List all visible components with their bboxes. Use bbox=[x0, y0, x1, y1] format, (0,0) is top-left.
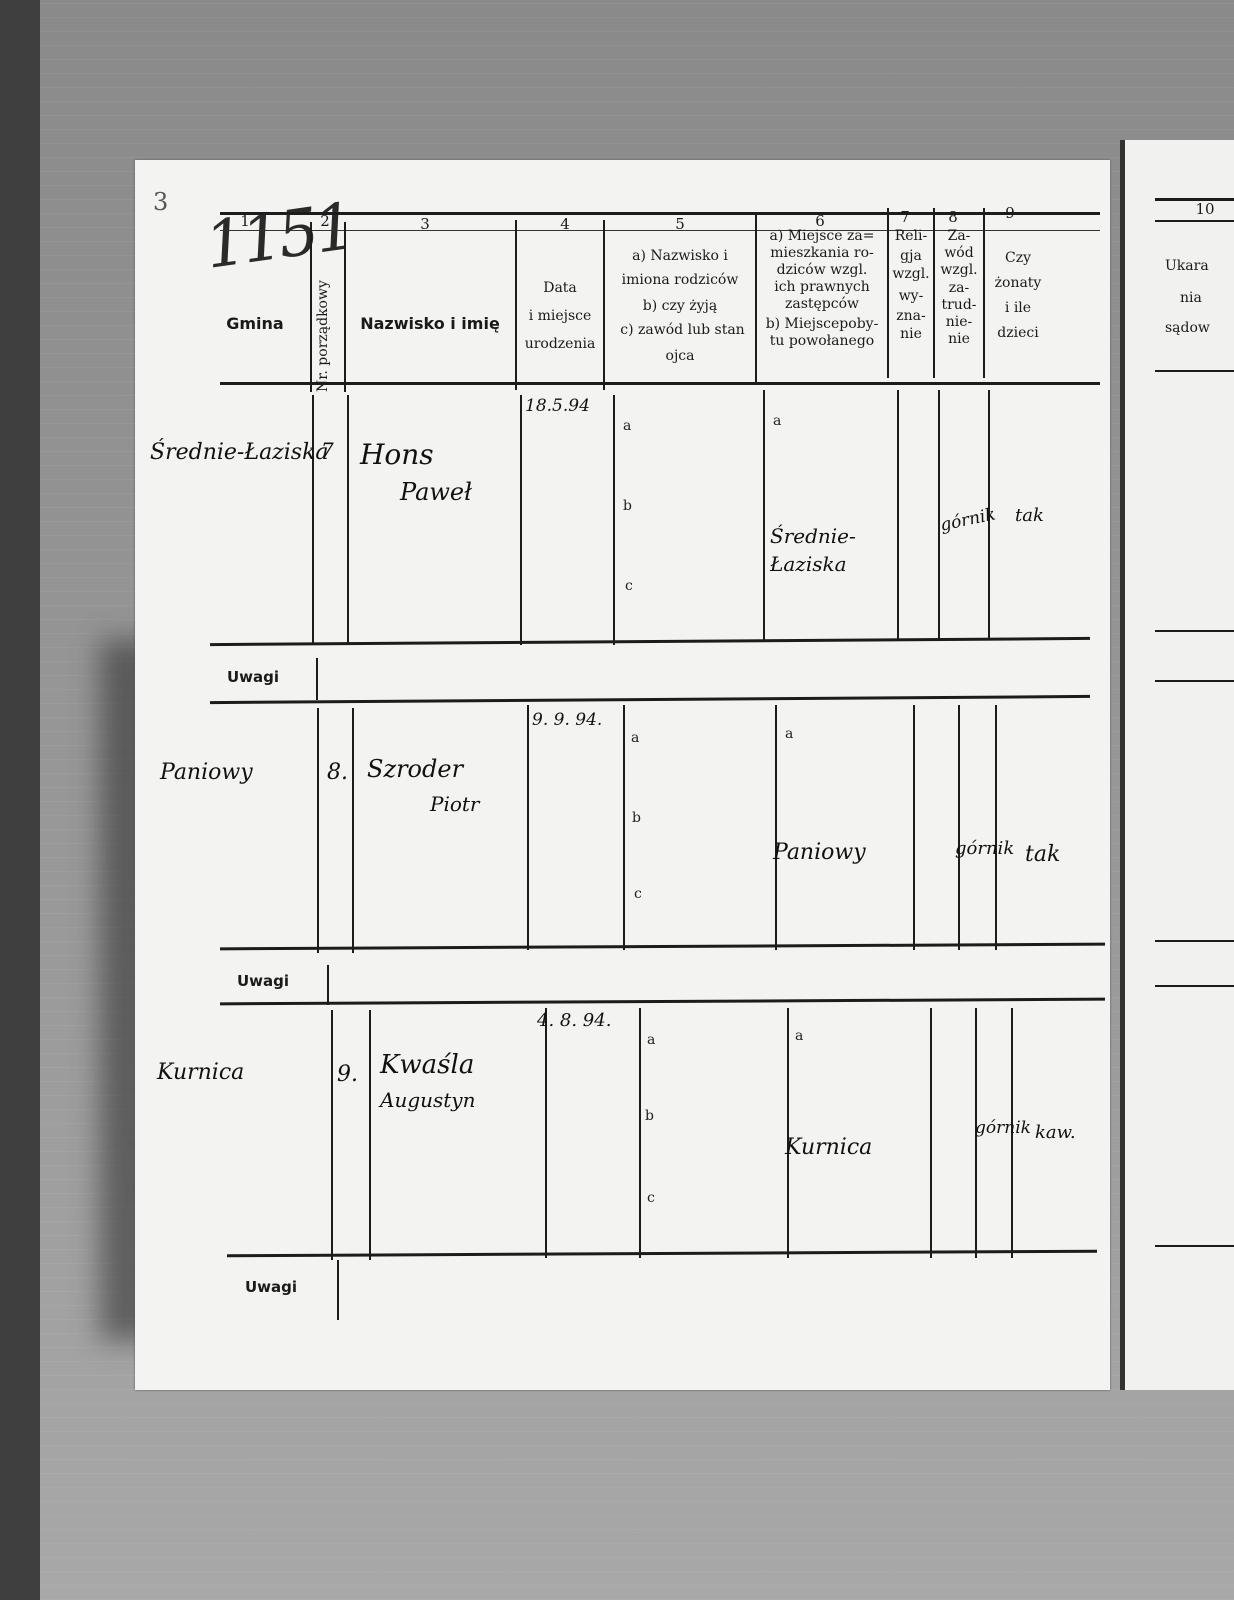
record-3-uwagi-label: Uwagi bbox=[245, 1278, 297, 1296]
record-1-uwagi-label: Uwagi bbox=[227, 668, 279, 686]
column-header-6-line5: zastępców bbox=[757, 296, 887, 313]
column-10-line2: nia bbox=[1180, 290, 1234, 307]
column-header-8-line7: nie bbox=[935, 331, 983, 348]
column-header-9-line3: i ile bbox=[983, 300, 1053, 317]
record-3-gmina: Kurnica bbox=[157, 1060, 244, 1085]
column-number-10: 10 bbox=[1185, 200, 1225, 218]
record-2-occupation: górnik bbox=[955, 838, 1014, 859]
record-stamp-number: 1151 bbox=[201, 190, 357, 284]
record-1-gmina: Średnie-Łaziska bbox=[150, 440, 329, 465]
column-header-8-line1: Za- bbox=[935, 228, 983, 245]
column-number-5: 5 bbox=[660, 215, 700, 233]
record-3-birth-date: 4. 8. 94. bbox=[537, 1010, 611, 1031]
column-header-9-line4: dzieci bbox=[983, 325, 1053, 342]
record-3-given-name: Augustyn bbox=[380, 1088, 476, 1112]
record-2-nr: 8. bbox=[327, 760, 348, 785]
record-1-surname: Hons bbox=[360, 438, 434, 471]
column-number-7: 7 bbox=[895, 208, 915, 226]
column-header-data-line2: i miejsce bbox=[515, 308, 605, 325]
record-3-marker-6a: a bbox=[795, 1028, 803, 1044]
corner-mark: 3 bbox=[153, 188, 168, 216]
record-2-residence: Paniowy bbox=[773, 840, 866, 865]
column-header-7-line5: zna- bbox=[887, 308, 935, 325]
record-1-nr: 7 bbox=[321, 438, 334, 462]
record-3-occupation: górnik bbox=[975, 1118, 1031, 1138]
column-number-9: 9 bbox=[995, 204, 1025, 222]
column-header-5-line2: imiona rodziców bbox=[605, 272, 755, 289]
register-page: 3 1151 1 2 3 4 5 6 7 8 9 Gmina Nr. porzą… bbox=[135, 160, 1110, 1390]
column-header-8-line5: trud- bbox=[935, 297, 983, 314]
column-10-line1: Ukara bbox=[1165, 258, 1234, 275]
record-1-marker-b: b bbox=[623, 498, 632, 514]
record-2-marker-b: b bbox=[632, 810, 641, 826]
record-3-married: kaw. bbox=[1035, 1122, 1076, 1143]
record-2-gmina: Paniowy bbox=[160, 760, 253, 785]
record-2-given-name: Piotr bbox=[430, 792, 480, 816]
column-header-6-line7: tu powołanego bbox=[757, 333, 887, 350]
column-header-nazwisko-imie: Nazwisko i imię bbox=[350, 315, 510, 332]
column-header-6-line1: a) Miejsce za= bbox=[757, 228, 887, 245]
record-1-marker-c: c bbox=[625, 578, 633, 594]
column-header-5-line4: c) zawód lub stan bbox=[605, 322, 760, 339]
column-header-8-line2: wód bbox=[935, 245, 983, 262]
record-2-marker-6a: a bbox=[785, 726, 793, 742]
column-header-5-line5: ojca bbox=[605, 348, 755, 365]
record-1-married: tak bbox=[1015, 505, 1044, 526]
column-header-gmina: Gmina bbox=[210, 315, 300, 332]
record-2-surname: Szroder bbox=[367, 755, 463, 783]
column-header-9-line1: Czy bbox=[983, 250, 1053, 267]
record-2-birth-date: 9. 9. 94. bbox=[532, 710, 602, 730]
record-2-uwagi-label: Uwagi bbox=[237, 972, 289, 990]
column-header-data-line3: urodzenia bbox=[515, 336, 605, 353]
column-header-8-line3: wzgl. bbox=[935, 262, 983, 279]
column-number-4: 4 bbox=[545, 215, 585, 233]
column-header-6-line3: dziców wzgl. bbox=[757, 262, 887, 279]
record-3-nr: 9. bbox=[337, 1062, 358, 1087]
column-header-6-line4: ich prawnych bbox=[757, 279, 887, 296]
record-3-marker-b: b bbox=[645, 1108, 654, 1124]
column-header-7-line2: gja bbox=[887, 248, 935, 265]
record-1-given-name: Paweł bbox=[400, 478, 472, 506]
column-header-data-line1: Data bbox=[515, 280, 605, 297]
record-2-marker-c: c bbox=[634, 886, 642, 902]
column-10-line3: sądow bbox=[1165, 320, 1234, 337]
column-header-7-line3: wzgl. bbox=[887, 266, 935, 283]
record-1-marker-6a: a bbox=[773, 413, 781, 429]
column-header-7-line4: wy- bbox=[887, 288, 935, 305]
record-2-marker-a: a bbox=[631, 730, 639, 746]
column-header-7-line6: nie bbox=[887, 326, 935, 343]
facing-page: 10 Ukara nia sądow bbox=[1120, 140, 1234, 1390]
column-header-8-line4: za- bbox=[935, 280, 983, 297]
column-header-5-line3: b) czy żyją bbox=[605, 298, 755, 315]
column-header-nr-porzadkowy: Nr. porządkowy bbox=[315, 280, 331, 392]
record-3-surname: Kwaśla bbox=[380, 1050, 474, 1080]
column-header-9-line2: żonaty bbox=[983, 275, 1053, 292]
scan-edge-shadow bbox=[0, 0, 40, 1600]
column-number-2: 2 bbox=[310, 212, 340, 230]
column-number-8: 8 bbox=[943, 208, 963, 226]
column-header-7-line1: Reli- bbox=[887, 228, 935, 245]
column-header-5-line1: a) Nazwisko i bbox=[605, 248, 755, 265]
column-header-6-line2: mieszkania ro- bbox=[757, 245, 887, 262]
record-1-birth-date: 18.5.94 bbox=[525, 396, 590, 416]
record-2-married: tak bbox=[1025, 842, 1060, 867]
record-3-residence: Kurnica bbox=[785, 1135, 872, 1160]
record-3-marker-c: c bbox=[647, 1190, 655, 1206]
record-1-residence: Średnie-Łaziska bbox=[770, 522, 890, 578]
column-number-3: 3 bbox=[405, 215, 445, 233]
record-3-marker-a: a bbox=[647, 1032, 655, 1048]
record-1-marker-a: a bbox=[623, 418, 631, 434]
column-number-1: 1 bbox=[225, 212, 265, 230]
column-header-6-line6: b) Miejscepoby- bbox=[757, 316, 887, 333]
column-header-8-line6: nie- bbox=[935, 314, 983, 331]
